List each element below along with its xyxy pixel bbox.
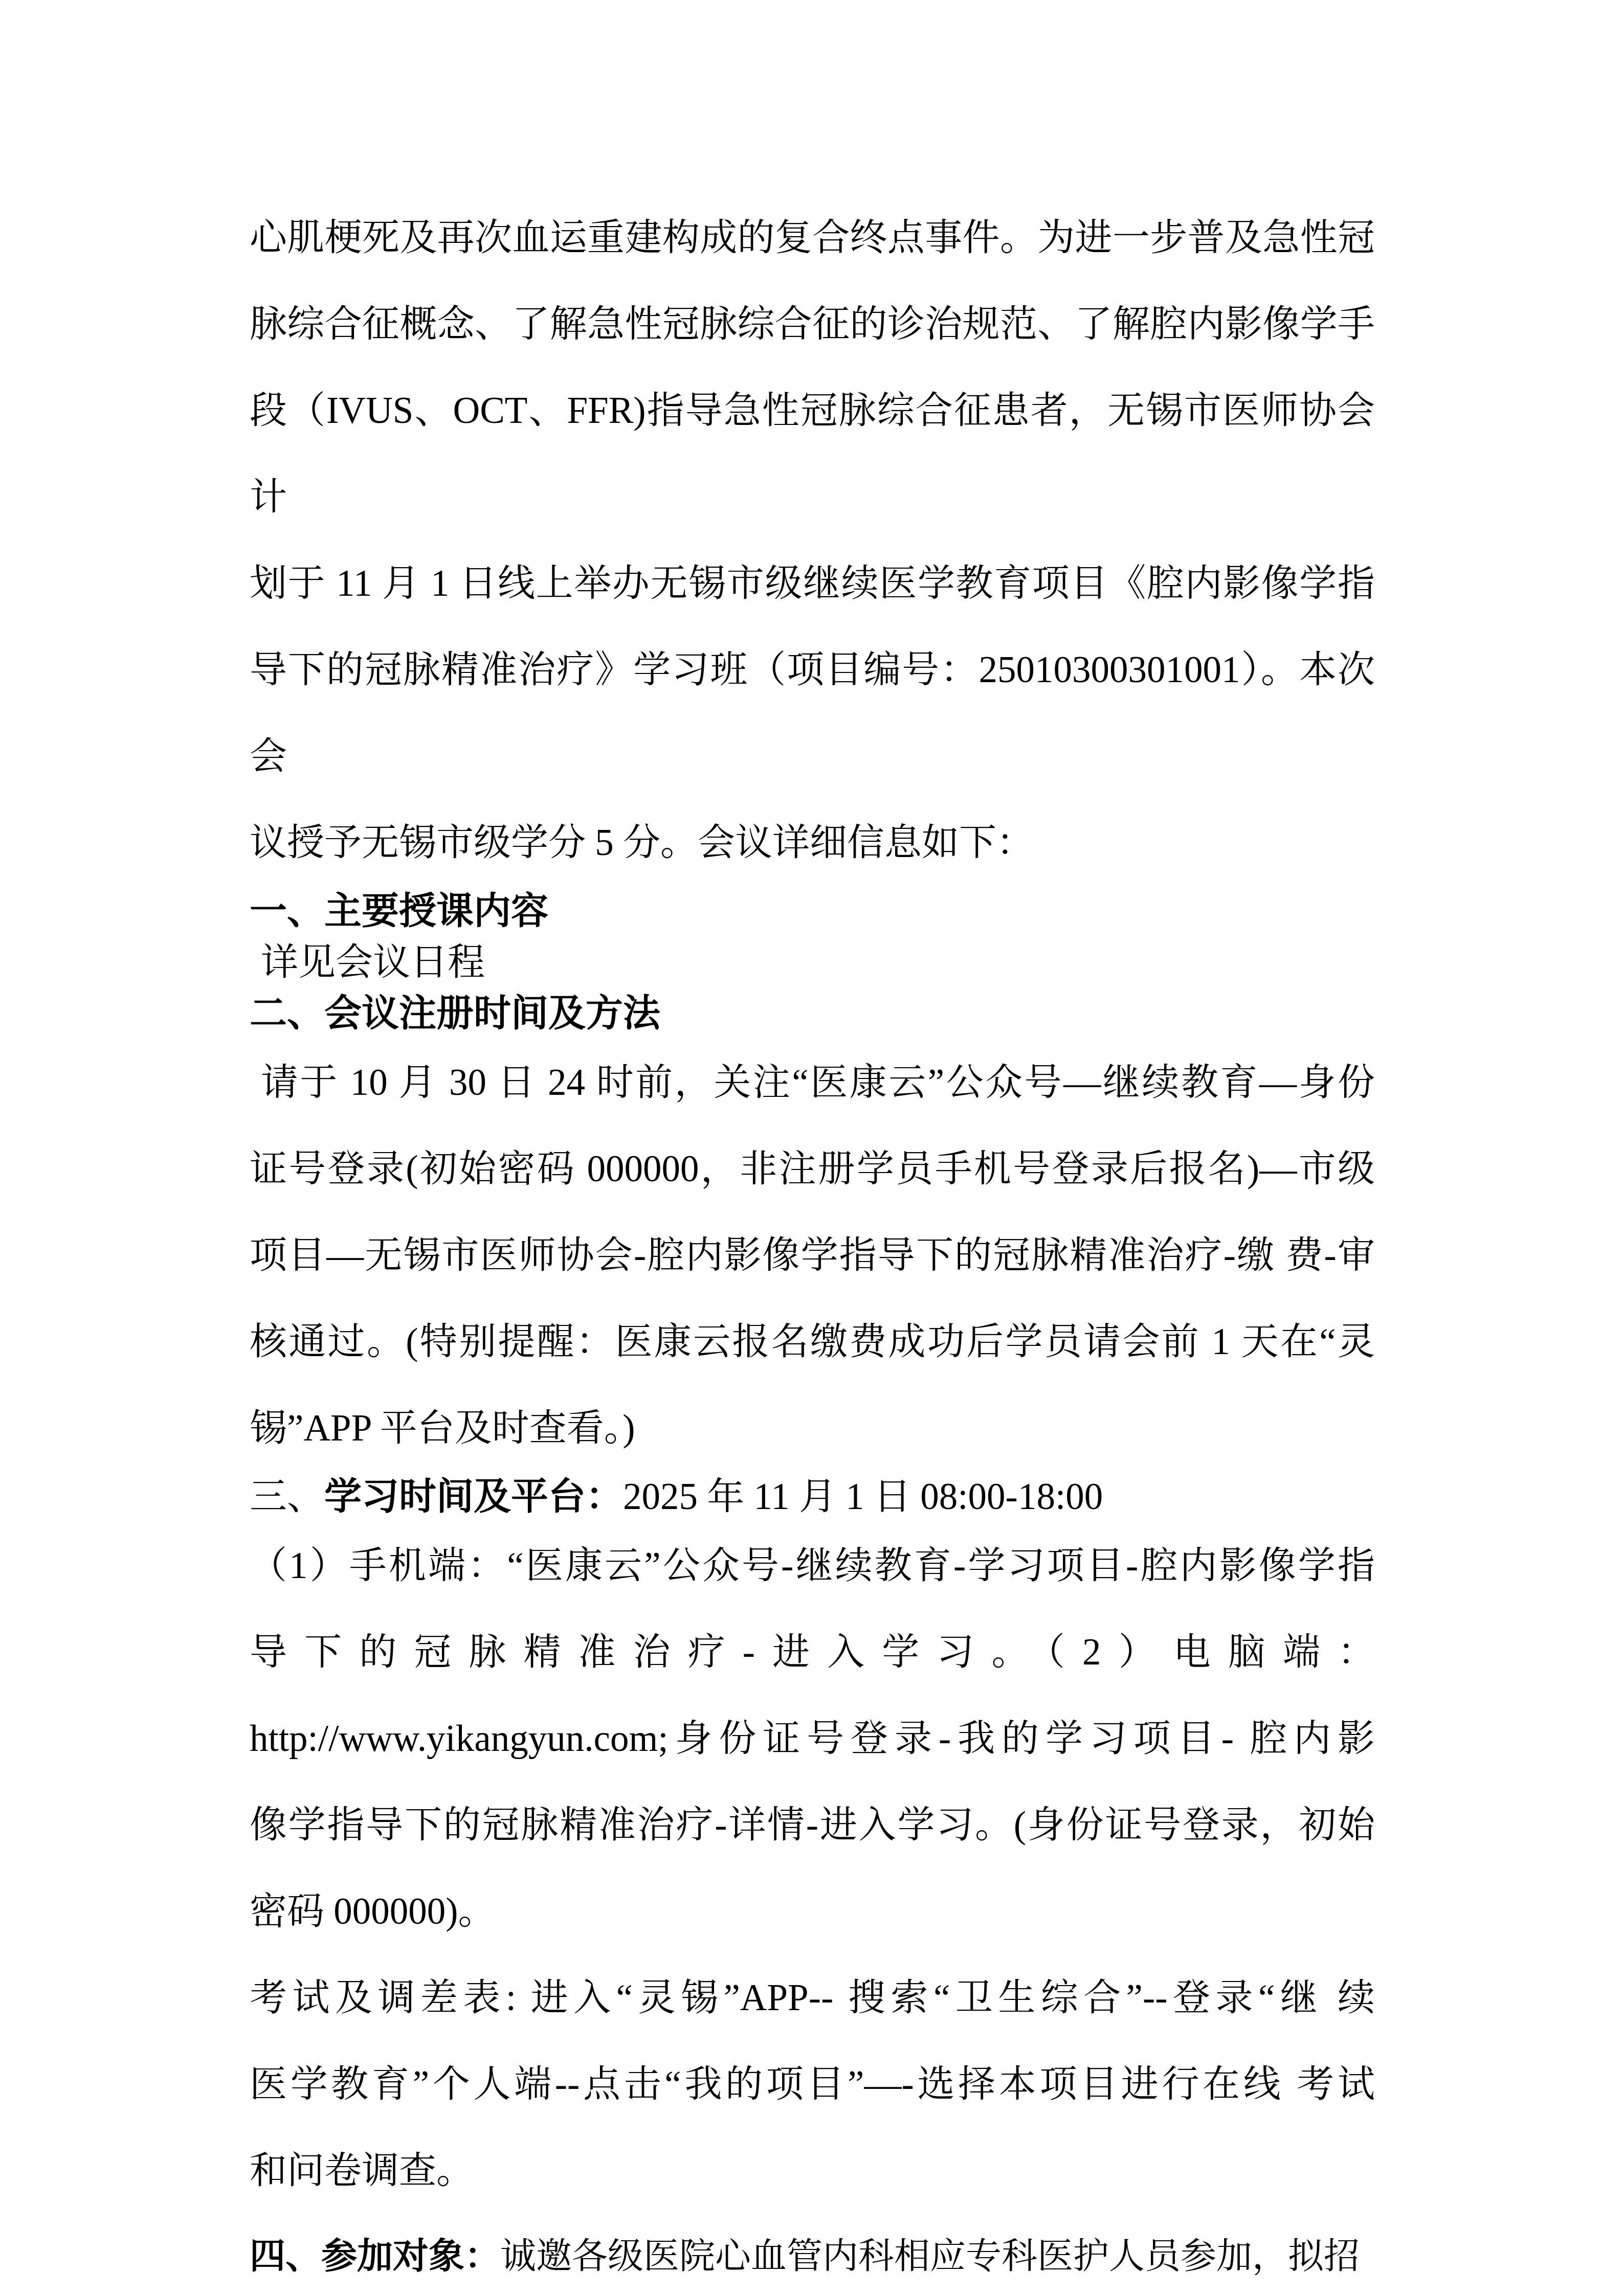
section3-heading: 三、学习时间及平台：2025 年 11 月 1 日 08:00-18:00	[250, 1471, 1375, 1522]
text-line: 和问卷调查。	[250, 2127, 1375, 2214]
text-line: 导下的冠脉精准治疗-进入学习。（2）电脑端：	[250, 1609, 1375, 1695]
section2-heading: 二、会议注册时间及方法	[250, 988, 1375, 1039]
text-line: 医学教育”个人端--点击“我的项目”—-选择本项目进行在线 考试	[250, 2041, 1375, 2127]
text-line: 议授予无锡市级学分 5 分。会议详细信息如下：	[250, 799, 1375, 886]
paragraph-registration: 请于 10 月 30 日 24 时前，关注“医康云”公众号—继续教育—身份 证号…	[250, 1039, 1375, 1471]
document-content: 心肌梗死及再次血运重建构成的复合终点事件。为进一步普及急性冠 脉综合征概念、了解…	[250, 194, 1375, 2296]
text-line: 考试及调差表: 进入“灵锡”APP-- 搜索“卫生综合”--登录“继 续	[250, 1954, 1375, 2041]
text-line: 段（IVUS、OCT、FFR)指导急性冠脉综合征患者，无锡市医师协会计	[250, 367, 1375, 540]
paragraph-exam: 考试及调差表: 进入“灵锡”APP-- 搜索“卫生综合”--登录“继 续 医学教…	[250, 1954, 1375, 2214]
text-line: 请于 10 月 30 日 24 时前，关注“医康云”公众号—继续教育—身份	[250, 1039, 1375, 1126]
text-line-url: http://www.yikangyun.com;身份证号登录-我的学习项目- …	[250, 1695, 1375, 1782]
text-line: 导下的冠脉精准治疗》学习班（项目编号：25010300301001）。本次会	[250, 626, 1375, 799]
section3-heading-title: 学习时间及平台：	[324, 1476, 623, 1517]
text-line: 划于 11 月 1 日线上举办无锡市级继续医学教育项目《腔内影像学指	[250, 540, 1375, 626]
text-line: 项目—无锡市医师协会-腔内影像学指导下的冠脉精准治疗-缴 费-审	[250, 1212, 1375, 1298]
paragraph-platform: （1）手机端：“医康云”公众号-继续教育-学习项目-腔内影像学指 导下的冠脉精准…	[250, 1522, 1375, 1954]
text-line: 证号登录(初始密码 000000，非注册学员手机号登录后报名)—市级	[250, 1126, 1375, 1212]
text-line: 像学指导下的冠脉精准治疗-详情-进入学习。(身份证号登录，初始	[250, 1782, 1375, 1868]
text-line: 锡”APP 平台及时查看。)	[250, 1385, 1375, 1471]
text-line: 心肌梗死及再次血运重建构成的复合终点事件。为进一步普及急性冠	[250, 194, 1375, 281]
text-line: 密码 000000)。	[250, 1868, 1375, 1954]
text-line: 核通过。(特别提醒：医康云报名缴费成功后学员请会前 1 天在“灵	[250, 1298, 1375, 1385]
section1-body: 详见会议日程	[250, 937, 1375, 988]
section4-body: 诚邀各级医院心血管内科相应专科医护人员参加，拟招	[500, 2237, 1360, 2277]
section4-paragraph: 四、参加对象：诚邀各级医院心血管内科相应专科医护人员参加，拟招	[250, 2214, 1375, 2296]
text-line: 脉综合征概念、了解急性冠脉综合征的诊治规范、了解腔内影像学手	[250, 281, 1375, 367]
text-line: （1）手机端：“医康云”公众号-继续教育-学习项目-腔内影像学指	[250, 1522, 1375, 1609]
section3-heading-prefix: 三、	[250, 1476, 324, 1517]
paragraph-intro: 心肌梗死及再次血运重建构成的复合终点事件。为进一步普及急性冠 脉综合征概念、了解…	[250, 194, 1375, 886]
section4-heading: 四、参加对象：	[250, 2237, 500, 2277]
section1-heading: 一、主要授课内容	[250, 886, 1375, 937]
section3-heading-datetime: 2025 年 11 月 1 日 08:00-18:00	[623, 1476, 1103, 1517]
document-page: 心肌梗死及再次血运重建构成的复合终点事件。为进一步普及急性冠 脉综合征概念、了解…	[0, 0, 1624, 2296]
